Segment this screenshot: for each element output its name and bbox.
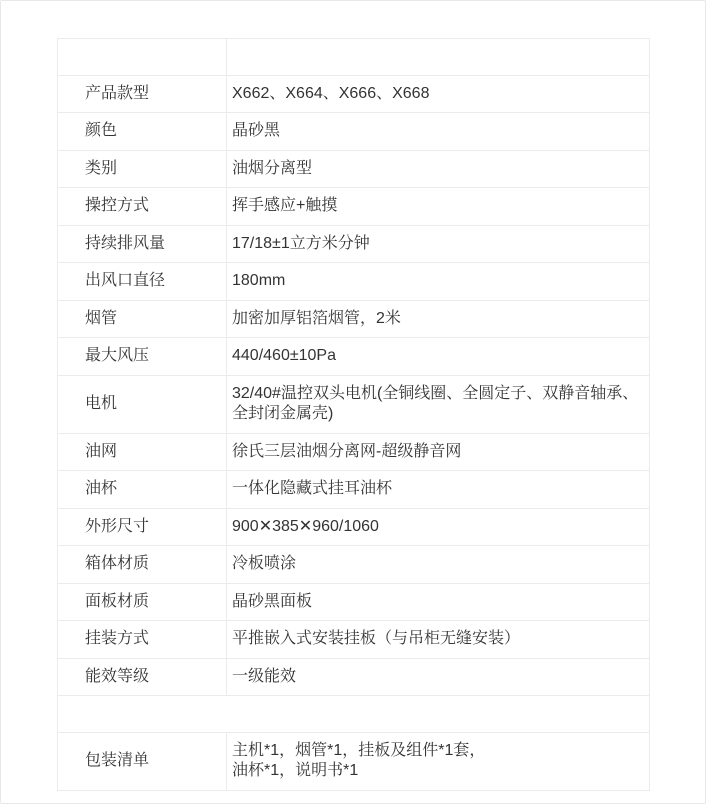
spec-value: 900✕385✕960/1060 <box>226 509 649 546</box>
spec-label <box>58 39 226 75</box>
table-row-empty-top <box>58 39 649 76</box>
table-row: 油网 徐氏三层油烟分离网-超级静音网 <box>58 434 649 472</box>
spec-table: 产品款型 X662、X664、X666、X668 颜色 晶砂黑 类别 油烟分离型… <box>57 38 650 791</box>
spec-value: 平推嵌入式安装挂板（与吊柜无缝安装） <box>226 621 649 658</box>
spec-value: 油烟分离型 <box>226 151 649 188</box>
spec-label: 能效等级 <box>58 659 226 696</box>
spec-label: 外形尺寸 <box>58 509 226 546</box>
spec-value: 32/40#温控双头电机(全铜线圈、全圆定子、双静音轴承、全封闭金属壳) <box>226 376 649 433</box>
spec-value: 挥手感应+触摸 <box>226 188 649 225</box>
spec-label <box>58 696 226 732</box>
table-row: 颜色 晶砂黑 <box>58 113 649 151</box>
table-row-empty-middle <box>58 696 649 733</box>
spec-label: 面板材质 <box>58 584 226 621</box>
spec-value: 17/18±1立方米分钟 <box>226 226 649 263</box>
table-row: 出风口直径 180mm <box>58 263 649 301</box>
spec-value: 冷板喷涂 <box>226 546 649 583</box>
table-row: 烟管 加密加厚铝箔烟管，2米 <box>58 301 649 339</box>
table-row: 产品款型 X662、X664、X666、X668 <box>58 76 649 114</box>
spec-label: 持续排风量 <box>58 226 226 263</box>
spec-value: 晶砂黑面板 <box>226 584 649 621</box>
table-row: 外形尺寸 900✕385✕960/1060 <box>58 509 649 547</box>
spec-value: 180mm <box>226 263 649 300</box>
spec-label: 油杯 <box>58 471 226 508</box>
table-row: 类别 油烟分离型 <box>58 151 649 189</box>
spec-value <box>226 39 649 75</box>
table-row: 挂装方式 平推嵌入式安装挂板（与吊柜无缝安装） <box>58 621 649 659</box>
spec-value: 主机*1，烟管*1，挂板及组件*1套， 油杯*1，说明书*1 <box>226 733 649 790</box>
table-row: 持续排风量 17/18±1立方米分钟 <box>58 226 649 264</box>
spec-label: 油网 <box>58 434 226 471</box>
spec-label: 箱体材质 <box>58 546 226 583</box>
spec-value: 一级能效 <box>226 659 649 696</box>
spec-label: 产品款型 <box>58 76 226 113</box>
page-card: 产品款型 X662、X664、X666、X668 颜色 晶砂黑 类别 油烟分离型… <box>0 0 706 804</box>
spec-label: 挂装方式 <box>58 621 226 658</box>
spec-label: 类别 <box>58 151 226 188</box>
spec-value: 加密加厚铝箔烟管，2米 <box>226 301 649 338</box>
spec-value: X662、X664、X666、X668 <box>226 76 649 113</box>
table-row: 箱体材质 冷板喷涂 <box>58 546 649 584</box>
spec-value <box>226 696 649 732</box>
spec-label: 颜色 <box>58 113 226 150</box>
spec-label: 操控方式 <box>58 188 226 225</box>
spec-value: 徐氏三层油烟分离网-超级静音网 <box>226 434 649 471</box>
spec-label: 电机 <box>58 376 226 433</box>
table-row: 包装清单 主机*1，烟管*1，挂板及组件*1套， 油杯*1，说明书*1 <box>58 733 649 790</box>
spec-value: 440/460±10Pa <box>226 338 649 375</box>
spec-value: 一体化隐藏式挂耳油杯 <box>226 471 649 508</box>
table-row: 能效等级 一级能效 <box>58 659 649 697</box>
spec-value: 晶砂黑 <box>226 113 649 150</box>
table-row: 面板材质 晶砂黑面板 <box>58 584 649 622</box>
spec-label: 烟管 <box>58 301 226 338</box>
table-row: 电机 32/40#温控双头电机(全铜线圈、全圆定子、双静音轴承、全封闭金属壳) <box>58 376 649 434</box>
table-row: 最大风压 440/460±10Pa <box>58 338 649 376</box>
spec-label: 最大风压 <box>58 338 226 375</box>
table-row: 油杯 一体化隐藏式挂耳油杯 <box>58 471 649 509</box>
spec-label: 包装清单 <box>58 733 226 790</box>
spec-label: 出风口直径 <box>58 263 226 300</box>
table-row: 操控方式 挥手感应+触摸 <box>58 188 649 226</box>
